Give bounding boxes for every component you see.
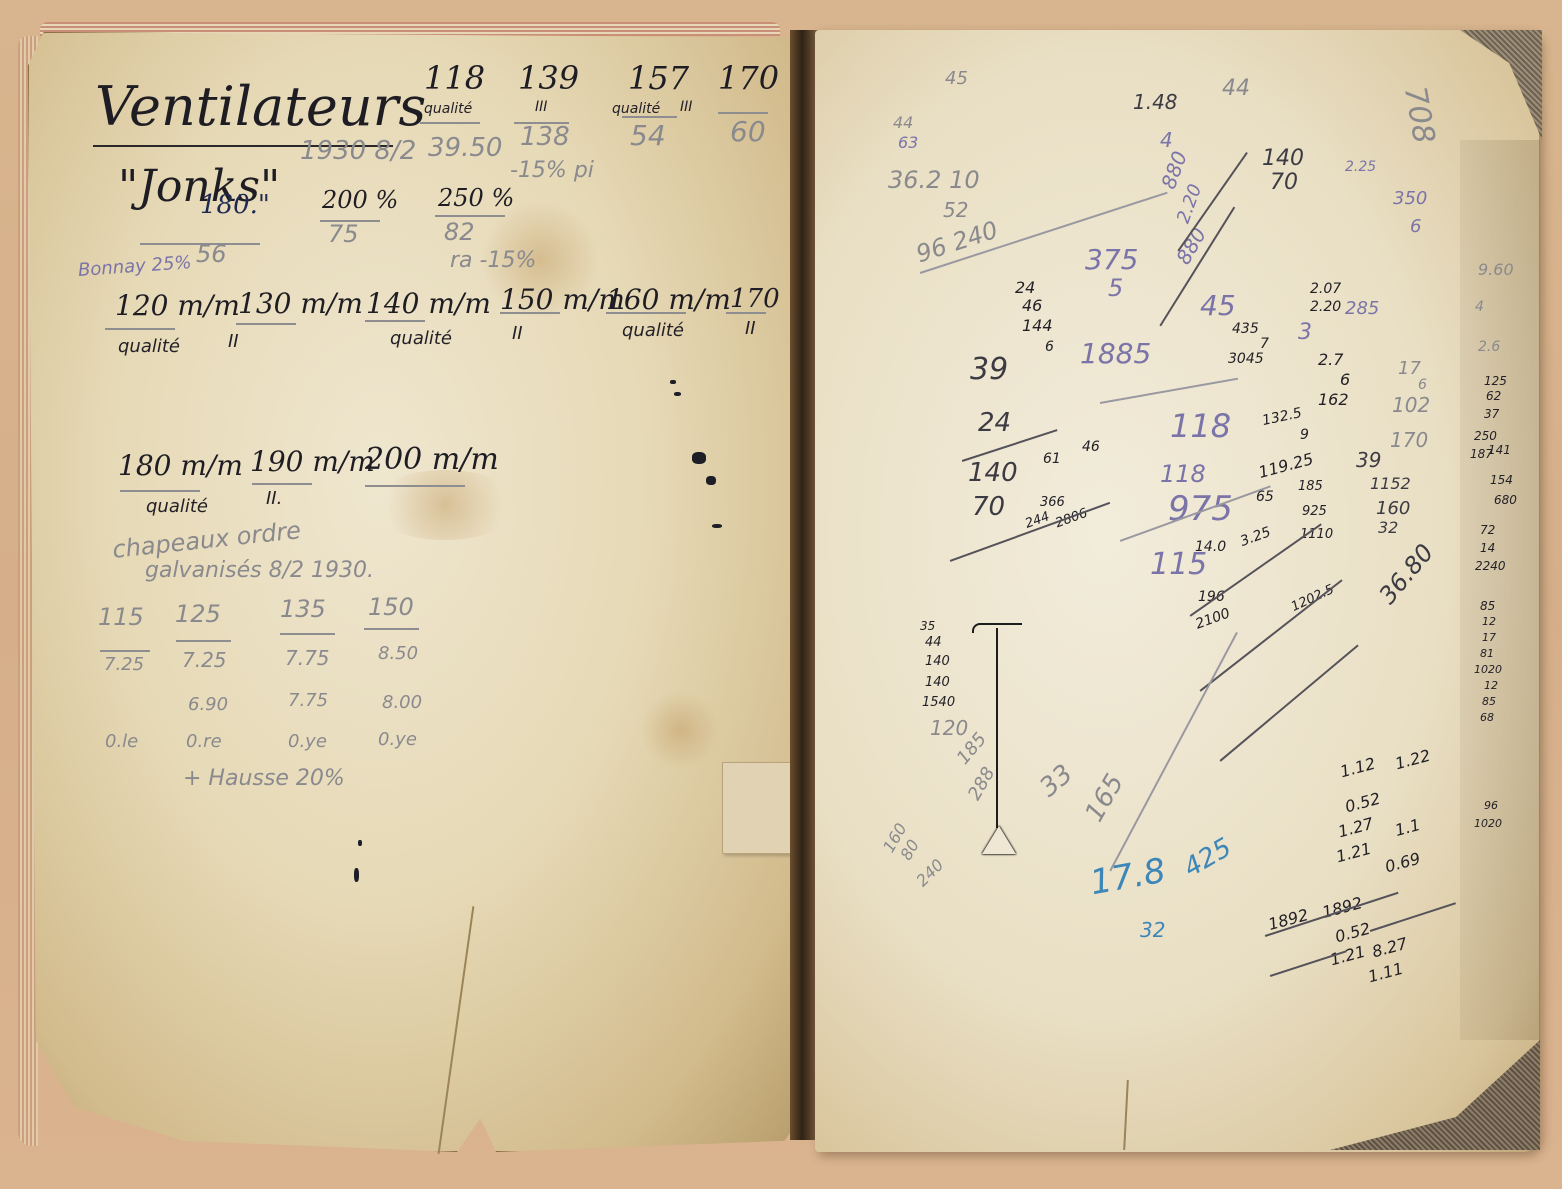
edge-note: 85 [1482, 696, 1496, 707]
right-column-note: 1152 [1370, 476, 1411, 492]
qualite-label: II [512, 325, 523, 343]
jonks-discount: ra -15% [450, 250, 536, 272]
jonks-price: 75 [328, 222, 359, 246]
size-row2: 180 m/m [118, 452, 243, 480]
discount-note: -15% pi [510, 160, 594, 182]
right-column-note: 102 [1392, 395, 1430, 415]
chapeaux-size: 150 [368, 595, 414, 619]
lamp-note: 1540 [922, 696, 955, 709]
left-column-note: 44 [893, 115, 913, 131]
lamp-note: 140 [925, 655, 950, 668]
calc-value: 46 [1082, 440, 1100, 454]
header-underline [622, 116, 677, 118]
qualite-label: qualité [424, 102, 472, 116]
header-number: 170 [718, 62, 779, 94]
calc-value: 2.7 [1318, 352, 1343, 368]
qualite-label: III [535, 100, 547, 114]
lamp-note: 35 [920, 620, 935, 632]
violet-number: 3 [1298, 322, 1312, 344]
qualite-label: qualité [612, 102, 660, 116]
ink-blot [358, 840, 362, 846]
size-row1: 140 m/m [366, 290, 491, 318]
violet-number: 118 [1170, 410, 1231, 442]
calc-value: 6 [1045, 340, 1054, 354]
calc-value: 9 [1300, 428, 1309, 442]
header-underline [718, 112, 768, 114]
chapeaux-underline [100, 650, 150, 652]
edge-note: 12 [1482, 616, 1496, 627]
edge-note: 2240 [1475, 560, 1506, 572]
chapeaux-price: 7.25 [182, 650, 227, 670]
edge-note: 17 [1482, 632, 1496, 643]
edge-note: 154 [1490, 474, 1513, 486]
right-note: 350 [1393, 190, 1427, 208]
qualite-label: III [680, 100, 692, 114]
calc-value: 435 [1232, 322, 1259, 336]
chapeaux-price: 8.00 [382, 694, 422, 712]
chapeaux-price: 7.25 [104, 656, 144, 674]
chapeaux-underline [364, 628, 419, 630]
chapeaux-price: 0.ye [378, 731, 417, 749]
calc-value: 144 [1022, 318, 1053, 334]
size-row1: 120 m/m [115, 292, 240, 320]
lamp-drawing-pole [996, 628, 998, 828]
right-column-note: 32 [1378, 520, 1398, 536]
lamp-drawing-shade [982, 826, 1016, 854]
blue-note: 32 [1140, 920, 1165, 940]
edge-note: 141 [1488, 444, 1511, 456]
row1-underline [500, 312, 560, 314]
ink-blot [354, 868, 359, 882]
ink-blot [670, 380, 676, 384]
calc-value: 70 [972, 494, 1005, 520]
chapeaux-price: 8.50 [378, 645, 418, 663]
header-number: 118 [424, 62, 485, 94]
calc-value: 925 [1302, 505, 1327, 518]
row1-underline [105, 328, 175, 330]
chapeaux-price: 6.90 [188, 696, 228, 714]
right-column-note: 170 [1390, 430, 1428, 450]
qualite-label: qualité [146, 498, 208, 516]
violet-number: 1885 [1080, 340, 1151, 368]
chapeaux-price: 7.75 [288, 692, 328, 710]
water-stain [640, 690, 720, 770]
edge-note: 72 [1480, 524, 1495, 536]
row2-underline [120, 490, 200, 492]
edge-note: 85 [1480, 600, 1495, 612]
violet-number: 5 [1108, 276, 1123, 300]
calc-value: 7 [1260, 337, 1269, 351]
chapeaux-underline [280, 633, 335, 635]
header-number: 139 [518, 62, 579, 94]
calc-value: 162 [1318, 392, 1349, 408]
hausse-note: + Hausse 20% [183, 768, 345, 790]
right-note: 6 [1410, 218, 1421, 236]
calc-value: 185 [1298, 480, 1323, 493]
chapeaux-size: 125 [175, 602, 221, 626]
chapeaux-size: 135 [280, 597, 326, 621]
water-stain [370, 470, 520, 540]
edge-note: 4 [1475, 300, 1484, 314]
left-column-note: 52 [943, 200, 968, 220]
jonks-price: 82 [444, 220, 475, 244]
right-column-note: 17 [1398, 360, 1421, 378]
header-price: 54 [630, 122, 666, 150]
violet-number: 375 [1085, 246, 1138, 274]
right-note: 2.25 [1345, 160, 1376, 174]
chapeaux-size: 115 [98, 605, 144, 629]
lamp-note: 44 [925, 636, 942, 649]
right-column-note: 160 [1376, 500, 1410, 518]
header-price: 138 [520, 124, 570, 150]
edge-note: 250 [1474, 430, 1497, 442]
edge-note: 1020 [1474, 818, 1502, 829]
chapeaux-underline [176, 640, 231, 642]
size-row1: 130 m/m [238, 290, 363, 318]
chapeaux-price: 0.re [186, 733, 222, 751]
row2-underline [252, 483, 312, 485]
right-page [815, 30, 1539, 1152]
title-ventilateurs: Ventilateurs [95, 80, 426, 134]
edge-note: 96 [1484, 800, 1498, 811]
size-row1: 170 [730, 286, 780, 312]
chapeaux-price: 0.le [105, 733, 138, 751]
qualite-label: qualité [390, 330, 452, 348]
edge-note: 62 [1486, 390, 1501, 402]
calc-value: 2.20 [1310, 300, 1341, 314]
right-note: 44 [1222, 78, 1250, 100]
qualite-label: II [228, 333, 239, 351]
calc-value: 39 [970, 355, 1008, 385]
calc-value: 24 [1015, 280, 1035, 296]
chapeaux-heading: galvanisés 8/2 1930. [145, 560, 374, 582]
edge-note: 9.60 [1478, 262, 1514, 278]
edge-note: 1020 [1474, 664, 1502, 675]
right-note: 708 [1399, 84, 1438, 146]
calc-value: 61 [1043, 452, 1061, 466]
edge-note: 680 [1494, 494, 1517, 506]
date-note: 1930 8/2 [300, 138, 416, 164]
right-note: 45 [945, 70, 968, 88]
violet-number: 285 [1345, 300, 1379, 318]
violet-number: 118 [1160, 462, 1206, 486]
qualite-label: II [745, 320, 756, 338]
edge-note: 125 [1484, 375, 1507, 387]
header-price: 39.50 [428, 135, 502, 161]
ink-blot [706, 476, 716, 485]
row1-underline [606, 312, 686, 314]
size-row2: 200 m/m [365, 445, 499, 475]
jonks-price: 56 [196, 242, 227, 266]
calc-value: 6 [1340, 372, 1350, 388]
edge-note: 14 [1480, 542, 1495, 554]
right-column-note: 39 [1356, 450, 1381, 470]
edge-note: 81 [1480, 648, 1494, 659]
qualite-label: qualité [118, 338, 180, 356]
chapeaux-price: 0.ye [288, 733, 327, 751]
qualite-label: qualité [622, 322, 684, 340]
violet-number: 45 [1200, 292, 1236, 320]
jonks-size: 200 % [322, 188, 398, 212]
right-column-note: 6 [1418, 378, 1427, 392]
edge-note: 12 [1484, 680, 1498, 691]
row1-underline [236, 323, 296, 325]
calc-value: 14.0 [1195, 540, 1226, 554]
chapeaux-price: 7.75 [285, 648, 330, 668]
edge-note: 37 [1484, 408, 1499, 420]
jonks-size: 180." [200, 192, 270, 218]
right-note: 1.48 [1133, 92, 1178, 112]
calc-value: 3045 [1228, 352, 1264, 366]
left-column-note: 63 [898, 135, 918, 151]
size-row2: 190 m/m [250, 448, 375, 476]
row1-underline [365, 320, 425, 322]
ink-blot [674, 392, 681, 396]
qualite-label: II. [266, 490, 282, 508]
ink-blot [692, 452, 706, 464]
violet-number: 975 [1168, 492, 1233, 526]
jonks-size: 250 % [438, 186, 514, 210]
header-underline [420, 122, 480, 124]
header-price: 60 [730, 118, 766, 146]
row2-underline [365, 485, 465, 487]
right-note: 4 [1160, 130, 1173, 150]
right-note: 140 [1262, 148, 1304, 170]
calc-value: 2.07 [1310, 282, 1341, 296]
calc-value: 46 [1022, 298, 1042, 314]
edge-note: 68 [1480, 712, 1494, 723]
lamp-note: 140 [925, 676, 950, 689]
jonks-underline [435, 215, 505, 217]
calc-value: 24 [978, 410, 1011, 436]
left-column-note: 36.2 10 [888, 168, 980, 192]
size-row1: 160 m/m [606, 286, 731, 314]
edge-note: 2.6 [1478, 340, 1500, 354]
calc-value: 366 [1040, 496, 1065, 509]
header-number: 157 [628, 62, 689, 94]
calc-value: 65 [1256, 490, 1274, 504]
row1-underline [726, 312, 766, 314]
lamp-note: 120 [930, 718, 968, 738]
ink-blot [712, 524, 722, 528]
right-note: 70 [1270, 172, 1298, 194]
calc-value: 140 [968, 460, 1018, 486]
